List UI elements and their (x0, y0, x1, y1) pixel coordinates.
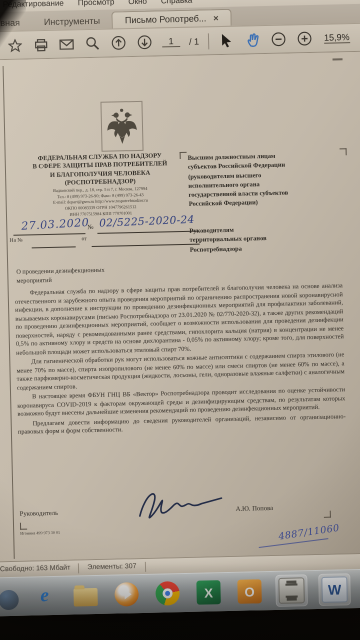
recipient-secondary: Руководителям территориальных органов Ро… (189, 223, 342, 254)
status-divider (144, 561, 145, 571)
search-icon[interactable] (84, 35, 101, 52)
signer-name: А.Ю. Попова (236, 505, 273, 513)
document-viewer-icon[interactable] (278, 577, 305, 604)
folder-explorer-icon[interactable] (73, 588, 97, 607)
items-count-label: Элементы: 307 (87, 563, 136, 571)
taskbar: e X O W A (0, 569, 360, 617)
email-icon[interactable] (58, 35, 75, 52)
paragraph: Федеральная служба по надзору в сфере за… (15, 282, 344, 357)
document-area[interactable]: ФЕДЕРАЛЬНАЯ СЛУЖБА ПО НАДЗОРУ В СФЕРЕ ЗА… (0, 52, 360, 562)
tab-close-icon[interactable]: × (213, 13, 218, 23)
agency-name: ФЕДЕРАЛЬНАЯ СЛУЖБА ПО НАДЗОРУ В СФЕРЕ ЗА… (14, 152, 187, 189)
excel-icon[interactable]: X (196, 580, 221, 605)
screen-photo: Файл Редактирование Просмотр Окно Справк… (0, 0, 360, 640)
handwritten-date: 27.03.2020 (21, 216, 90, 233)
print-icon[interactable] (32, 36, 49, 53)
letter-page: ФЕДЕРАЛЬНАЯ СЛУЖБА ПО НАДЗОРУ В СФЕРЕ ЗА… (3, 58, 359, 559)
toolbar-divider (208, 33, 209, 49)
internet-explorer-icon[interactable]: e (32, 584, 57, 609)
word-icon[interactable]: W (321, 576, 348, 603)
acrobat-window: Файл Редактирование Просмотр Окно Справк… (0, 0, 360, 616)
tab-document-title: Письмо Ропотреб... (125, 13, 207, 25)
russia-coat-of-arms-icon (100, 101, 143, 152)
corner-mark (340, 148, 347, 155)
reference-ot-line (92, 243, 200, 247)
number-sign: № (87, 224, 93, 231)
tab-home[interactable]: Главная (0, 14, 32, 31)
menu-item-help[interactable]: Справка (161, 0, 193, 5)
chrome-icon[interactable] (155, 581, 180, 606)
corner-mark (180, 152, 187, 159)
page-number-input[interactable]: 1 (162, 36, 180, 47)
zoom-in-icon[interactable] (296, 30, 313, 47)
outlook-icon[interactable]: O (237, 579, 262, 604)
date-line (13, 232, 85, 236)
media-player-icon[interactable] (114, 582, 139, 607)
status-divider (78, 563, 79, 573)
previous-page-icon[interactable] (110, 34, 127, 51)
contact-person: Игонина 499 973 30 01 (20, 531, 60, 536)
corner-mark (20, 523, 27, 530)
zoom-out-icon[interactable] (270, 31, 287, 48)
select-tool-icon[interactable] (218, 32, 235, 49)
corner-mark (324, 511, 331, 518)
menu-item-window[interactable]: Окно (128, 0, 147, 6)
free-space-label: Свободно: 163 Мбайт (0, 565, 70, 574)
star-icon[interactable] (6, 37, 23, 54)
start-button[interactable] (0, 590, 19, 610)
zoom-level[interactable]: 15,9% (324, 32, 350, 44)
page-total: / 1 (189, 36, 199, 46)
menu-item-edit[interactable]: Редактирование (3, 0, 64, 8)
letter-body: Федеральная служба по надзору в сфере за… (15, 282, 346, 438)
reference-ot-label: от (81, 236, 86, 242)
handwritten-number: 02/5225-2020-24 (99, 214, 195, 230)
tab-tools[interactable]: Инструменты (32, 13, 112, 31)
next-page-icon[interactable] (136, 34, 153, 51)
signature-stroke (131, 484, 228, 528)
reference-na-line (32, 245, 76, 248)
menu-item-view[interactable]: Просмотр (78, 0, 115, 7)
letter-subject: О проведении дезинфекционных мероприятий (16, 264, 176, 286)
signer-title: Руководитель (20, 510, 58, 518)
hand-tool-icon[interactable] (244, 31, 261, 48)
recipient-primary: Высшим должностным лицам субъектов Росси… (188, 150, 341, 209)
